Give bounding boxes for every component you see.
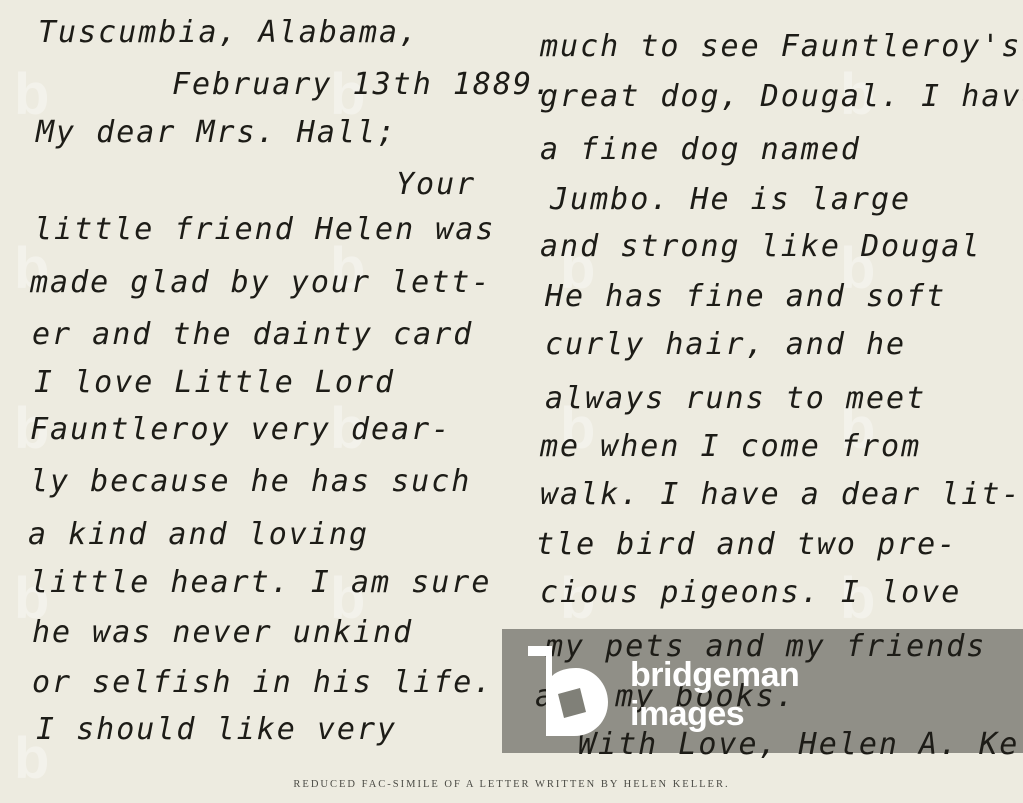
handwritten-line: February 13th 1889.	[172, 70, 553, 100]
bridgeman-b-logo-icon	[528, 646, 608, 736]
handwritten-line: me when I come from	[540, 432, 921, 462]
handwritten-line: ly because he has such	[30, 467, 471, 497]
handwritten-line: curly hair, and he	[545, 330, 906, 360]
handwritten-line: little heart. I am sure	[30, 568, 491, 598]
handwritten-line: Fauntleroy very dear-	[30, 415, 451, 445]
handwritten-line: or selfish in his life.	[32, 668, 493, 698]
handwritten-line: great dog, Dougal. I have	[540, 82, 1023, 112]
handwritten-line: walk. I have a dear lit-	[540, 480, 1021, 510]
handwritten-line: Tuscumbia, Alabama,	[38, 18, 419, 48]
handwritten-line: With Love, Helen A. Keller	[578, 730, 1023, 760]
handwritten-line: a kind and loving	[28, 520, 369, 550]
handwritten-line: er and the dainty card	[32, 320, 473, 350]
handwritten-line: cious pigeons. I love	[540, 578, 961, 608]
handwritten-line: always runs to meet	[545, 384, 926, 414]
handwritten-line: I should like very	[36, 715, 397, 745]
handwritten-line: My dear Mrs. Hall;	[36, 118, 397, 148]
handwritten-line: a fine dog named	[540, 135, 861, 165]
handwritten-line: and strong like Dougal	[540, 232, 981, 262]
handwritten-line: made glad by your lett-	[30, 268, 491, 298]
handwritten-line: I love Little Lord	[34, 368, 395, 398]
handwritten-line: much to see Fauntleroy's	[540, 32, 1021, 62]
handwritten-line: He has fine and soft	[545, 282, 946, 312]
figure-caption: REDUCED FAC-SIMILE OF A LETTER WRITTEN B…	[0, 779, 1023, 790]
letter-page: bbbbbbbbbbbbbbbb Tuscumbia, Alabama,Febr…	[0, 0, 1023, 803]
handwritten-line: Jumbo. He is large	[550, 185, 911, 215]
handwritten-line: tle bird and two pre-	[536, 530, 957, 560]
watermark-brand-line1: bridgeman	[630, 658, 799, 692]
handwritten-line: little friend Helen was	[34, 215, 495, 245]
handwritten-line: he was never unkind	[32, 618, 413, 648]
handwritten-line: Your	[396, 170, 476, 200]
watermark-brand-line2: images	[630, 697, 744, 731]
